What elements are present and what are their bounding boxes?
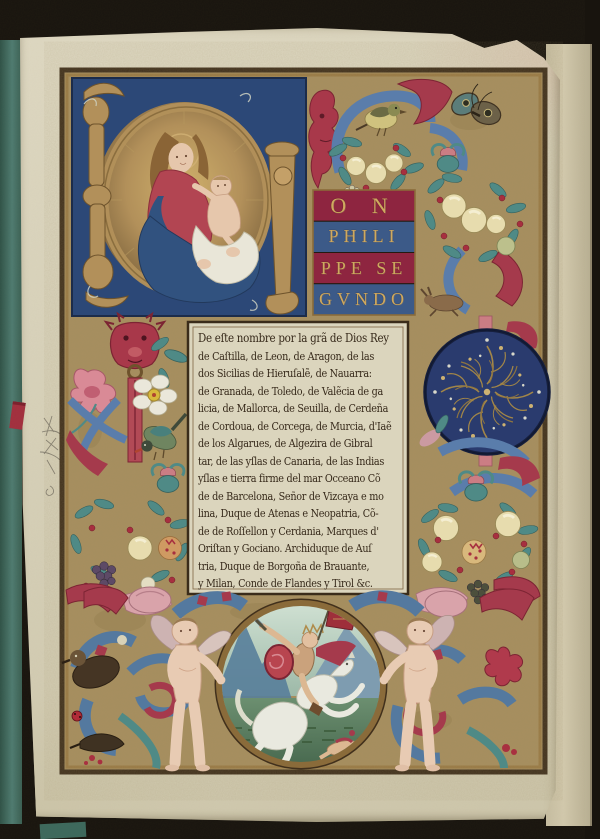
text-line: licia, de Mallorca, de Seuilla, de Cerde…	[198, 400, 426, 418]
text-line: de Cordoua, de Corcega, de Murcia, d'Iaẽ	[198, 418, 426, 436]
text-line: Oriſtan y Gociano. Archiduque de Auſ	[198, 540, 426, 558]
banner-line-3: PPE SE	[313, 253, 415, 284]
text-line: de los Algarues, de Algezira de Gibral	[198, 435, 426, 453]
royal-titles-text: De eſte nombre por la grã de Dios Rey de…	[198, 330, 426, 593]
text-line: de Granada, de Toledo, de Valẽcia de ga	[198, 383, 426, 401]
text-line: dos Sicilias de Hieruſalẽ, de Nauarra:	[198, 365, 426, 383]
banner-text: O N PHILI PPE SE GVNDO	[313, 190, 415, 315]
text-line: de Caſtilla, de Leon, de Aragon, de las	[198, 348, 426, 366]
photographed-manuscript-page: O N PHILI PPE SE GVNDO De eſte nombre po…	[0, 0, 600, 839]
text-line: tria, Duque de Borgoña de Brauante,	[198, 558, 426, 576]
banner-line-4: GVNDO	[313, 284, 415, 315]
pomegranate	[462, 540, 486, 564]
text-line: tar, de las yſlas de Canaria, de las Ind…	[198, 453, 426, 471]
text-line: De eſte nombre por la grã de Dios Rey	[198, 330, 426, 348]
text-line: de de Barcelona, Señor de Vizcaya e mo	[198, 488, 426, 506]
ladybug	[72, 711, 82, 721]
text-line: yſlas e tierra firme del mar Occeano Cõ	[198, 470, 426, 488]
initial-d-panel	[72, 78, 306, 316]
blue-medallion	[425, 330, 549, 454]
banner-line-1: O N	[313, 190, 415, 221]
banner-line-2: PHILI	[313, 221, 415, 252]
text-line: lina, Duque de Atenas e Neopatria, Cõ-	[198, 505, 426, 523]
text-line: y Milan, Conde de Flandes y Tirol &c.	[198, 575, 426, 593]
text-line: de de Roſſellon y Cerdania, Marques d'	[198, 523, 426, 541]
pomegranate-left	[159, 537, 182, 560]
